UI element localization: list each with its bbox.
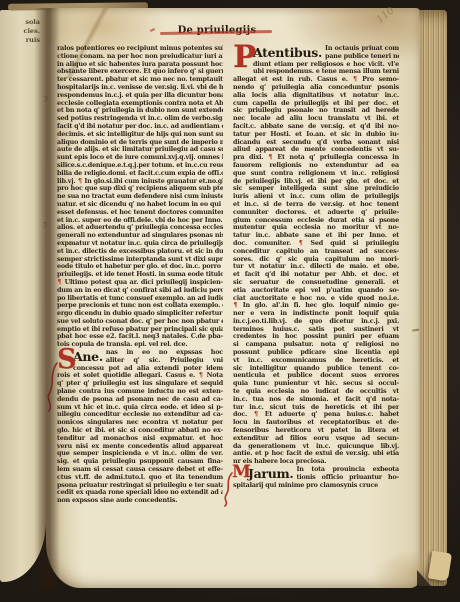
- text-line: ubi respondemus. e tene mensa illum tern…: [233, 68, 399, 76]
- text-line: de priuilegijs lib.vj. et ibi per glo. e…: [233, 178, 399, 186]
- text-line: priuilegijs. et ide tenet Hosti. in suma…: [57, 271, 223, 279]
- pilcrow-rubric: ¶: [352, 76, 357, 83]
- text-line: sue vel soluto csonat doc. q' per hoc no…: [57, 318, 223, 326]
- text-line: decimis. et sic intelligitur de hijs qui…: [57, 131, 223, 139]
- incipit-side-lines: nas in eo no expssas hocaliter q' sic. P…: [106, 349, 223, 365]
- margin-mark: ʒ: [43, 220, 47, 228]
- facing-page-sliver: sola cies. ruis: [0, 10, 46, 582]
- text-line: cedit ex quada rone speciali ideo no ext…: [57, 489, 223, 497]
- text-line: sed potius restringenda vt in.c. olim de…: [57, 115, 223, 123]
- text-line: tatur per Hosti. et Io.an. et sic in dub…: [233, 131, 399, 139]
- paragraph-head: Atentibus.In octauis priuat compane publ…: [233, 45, 399, 61]
- text-line: locu in fautoribus et receptatoribus et …: [233, 419, 399, 427]
- incipit-word: Ane.: [73, 349, 103, 365]
- text-line: po libertatis et tunc consuef exemplo. a…: [57, 295, 223, 303]
- text-line: alia locis alia dignitatibus vt notatur …: [233, 92, 399, 100]
- text-line: aliquo dominio et de terris que sunt de …: [57, 139, 223, 147]
- text-line: ¶ In glo. al'.in fi. hec glo. loquif nim…: [233, 302, 399, 310]
- text-line: ¶ Ultimo potest qua ar. dici priuilegij …: [57, 279, 223, 287]
- text-line: rois et solet quotidie allegari. Casus e…: [57, 372, 223, 380]
- pilcrow-rubric: ¶: [57, 279, 62, 286]
- text-line: ctione conam. na per hoc non preiudicatu…: [57, 53, 223, 61]
- text-line: pro hoc que sup dixi q' recipiens alique…: [57, 185, 223, 193]
- text-line: aute de alijs. et sic limitatur priuileg…: [57, 146, 223, 154]
- text-line: nonicos singulares nec econtra vt notatu…: [57, 419, 223, 427]
- text-line: nas in eo no expssas hoc: [106, 349, 223, 357]
- text-line: silice.s.c.denique.e.t.q.j.per totum. et…: [57, 162, 223, 170]
- pilcrow-rubric: ¶: [253, 411, 258, 418]
- incipit-word: Jarum.: [248, 466, 293, 482]
- text-line: cum capella de priuilegijs et ibi per do…: [233, 100, 399, 108]
- text-line: doc. ¶ Et aduerte q' pena huius.c. habet: [233, 411, 399, 419]
- text-line: alios. et aduertendu q' priuilegia conce…: [57, 224, 223, 232]
- text-line: tois copula de transla. epi. vel rel. dc…: [57, 341, 223, 349]
- text-line: tur vt notatur in.c. dilecti de maio. et…: [233, 263, 399, 271]
- text-line: ner e vera in indistincte ponit loquif q…: [233, 310, 399, 318]
- text-line: allegat et est in rub. Casus e. ¶ Pro se…: [233, 76, 399, 84]
- text-line: sic seruatur de consuetudine generali. e…: [233, 279, 399, 287]
- text-line: et bn nota q' priuilegia in dubio non su…: [57, 107, 223, 115]
- text-line: perpe precionis et tunc non est collata …: [57, 302, 223, 310]
- text-line: sig. et quia priuilegiu psupponit causam…: [57, 458, 223, 466]
- rubricated-initial-m: M: [232, 465, 251, 479]
- text-line: tur in.c. sicut tuis de hereticis et ibi…: [233, 404, 399, 412]
- pilcrow-rubric: ¶: [198, 372, 203, 379]
- rubric-tick: [150, 28, 155, 32]
- text-line: psona priuatur restringat si priuilegiu …: [57, 482, 223, 490]
- text-line: uatur. et sic dicendu q' no habet locum …: [57, 201, 223, 209]
- text-line: veru nisi ex mente concedentis aliud app…: [57, 443, 223, 451]
- rubricated-initial-s: S: [57, 348, 77, 371]
- text-line: doc. comuniter. ¶ Sed quid si priuilegiu: [233, 240, 399, 248]
- text-line: dendu de psona ad psonam nec de casu ad …: [57, 396, 223, 404]
- paragraph: SAne.nas in eo no expssas hocaliter q' s…: [57, 349, 223, 505]
- text-line: tenditur ad monachos nisi expmatur. et h…: [57, 435, 223, 443]
- text-line: nendo q' priuilegia alia conceduntur pso…: [233, 84, 399, 92]
- text-line: vt in.c. excomunicamus de hereticis. et: [233, 357, 399, 365]
- pilcrow-rubric: ¶: [233, 302, 238, 309]
- text-line: In octauis priuat com: [325, 45, 399, 53]
- pilcrow-rubric: ¶: [298, 240, 303, 247]
- text-column-right: PAtentibus.In octauis priuat compane pub…: [233, 45, 399, 489]
- text-line: uenticula et publice docent suos errores: [233, 372, 399, 380]
- text-line: credentes in hoc possint puniri per efua…: [233, 333, 399, 341]
- incipit-side-lines: In tota prouincia exbeotationis officio …: [296, 466, 399, 482]
- text-line: bilia de religio.domi. et facit.c.cum ex…: [57, 170, 223, 178]
- text-line: mutentur quia ecclesia no moritur vt no-: [233, 224, 399, 232]
- text-line: que sunt contra religionem vt in.c. reli…: [233, 170, 399, 178]
- text-line: respondemus in.c.j. et quia per illa dic…: [57, 92, 223, 100]
- text-line: que semper inspicienda e vt in.c. olim d…: [57, 450, 223, 458]
- text-line: ecclesie collegiata exemptionis contra n…: [57, 100, 223, 108]
- text-column-left: ralos potentiores eo recipiunt minus pot…: [57, 45, 223, 505]
- text-line: facit.c. abbate sane de ver.sig. et q'd …: [233, 123, 399, 131]
- text-line: sores. dic q' sic quia capitulum no mori…: [233, 256, 399, 264]
- text-line: ctus vt.ff. de admi.tuto.l. quo et ita t…: [57, 474, 223, 482]
- text-line: in.c.j.eo.ti.lib.vj. de quo dicetur in.c…: [233, 318, 399, 326]
- text-line: da generationem vt in.c. quicunque lib.v…: [233, 443, 399, 451]
- text-line: ter cessarent. pbatur et sic mo nec no. …: [57, 76, 223, 84]
- text-line: non expssos sine aude concedentis.: [57, 497, 223, 505]
- text-line: semper strictissime interptanda sunt vt …: [57, 256, 223, 264]
- page: De priuilegijs 110 ralos potentiores eo …: [46, 8, 420, 588]
- book-scan: sola cies. ruis De priuilegijs 110 ralos…: [0, 0, 460, 602]
- text-line: diunt etiam per religiosos e hoc vicit. …: [233, 61, 399, 69]
- rubricated-initial-p: P: [233, 44, 256, 70]
- running-header: De priuilegijs: [154, 25, 280, 36]
- text-line: fauorem religionis no extenduntur ad ea: [233, 162, 399, 170]
- text-line: terminos huius.c. satis pot sustineri vt: [233, 326, 399, 334]
- text-line: spitalarij qui minime pro clamosynis cru…: [233, 482, 399, 490]
- text-line: antie. et p hoc facit de extui de ver.si…: [233, 450, 399, 458]
- text-line: in aliquo et sic habentes iura parata po…: [57, 61, 223, 69]
- text-line: sum vt hic et in.c. quia circa eode. et …: [57, 404, 223, 412]
- text-line: concessu pot ad alia extendi poter idem: [57, 365, 223, 373]
- text-line: lem suam si cessat causa cessare debet e…: [57, 466, 223, 474]
- text-line: aliud appareat de mente concedentis vt s…: [233, 146, 399, 154]
- text-line: sic semper intelligeda sunt sine preiudi…: [233, 185, 399, 193]
- text-line: eode titulo et habetur per glo. et doc. …: [57, 263, 223, 271]
- text-line: obstante libere exercere. Et quo infero …: [57, 68, 223, 76]
- incipit-word: Atentibus.: [253, 45, 322, 61]
- text-line: fensoribus hereticoru vt patet in litera…: [233, 427, 399, 435]
- text-line: tionis officio priuantur ho-: [296, 474, 399, 482]
- fore-edge: [419, 10, 447, 586]
- text-line: uilegiu conceditur ecclesie no extenditu…: [57, 411, 223, 419]
- text-line: et in.c. dilectis de excessibus platoru.…: [57, 248, 223, 256]
- text-line: extenditur ad filios eoru vsque ad secun…: [233, 435, 399, 443]
- paragraph-head: Jarum.In tota prouincia exbeotationis of…: [233, 466, 399, 482]
- paragraph: PAtentibus.In octauis priuat compane pub…: [233, 45, 399, 466]
- text-line: emptio et ibi refuso pbatur per principa…: [57, 326, 223, 334]
- text-line: expmatur vt notatur in.c. quia circa de …: [57, 240, 223, 248]
- text-line: sic intelligitur quando publice tenent c…: [233, 365, 399, 373]
- text-line: ergo dicendu in dubio quado simpliciter …: [57, 310, 223, 318]
- text-line: possunt publice pdicare sine licentia ep…: [233, 349, 399, 357]
- text-line: te quia ecclesia no iudicat de occultis …: [233, 388, 399, 396]
- text-line: pra dixi. ¶ Et nota q' priuilegia conces…: [233, 154, 399, 162]
- text-line: conceditur capitulo an transeat ad succe…: [233, 248, 399, 256]
- text-line: et in.c. super eo de offi.dele. vbi de h…: [57, 217, 223, 225]
- text-line: etia auctoritate epi vel p'uatim quando …: [233, 287, 399, 295]
- margin-mark: ʒ: [44, 94, 48, 102]
- paragraph-head: Ane.nas in eo no expssas hocaliter q' si…: [57, 349, 223, 365]
- text-line: sic priuilegiu psonale no transit ad her…: [233, 107, 399, 115]
- text-line: In tota prouincia exbeota: [296, 466, 399, 474]
- text-line: tatur in.c. abbate sane et ibi per Inno.…: [233, 232, 399, 240]
- text-line: pane publice teneri no: [325, 53, 399, 61]
- paragraph: MJarum.In tota prouincia exbeotationis o…: [233, 466, 399, 489]
- pilcrow-rubric: ¶: [77, 178, 82, 185]
- facing-text-fragment: cies.: [24, 27, 41, 35]
- text-line: glo. hic et ibi. et sic si conceditur ab…: [57, 427, 223, 435]
- text-line: ciat auctoritate e hoc no. e vide quod n…: [233, 295, 399, 303]
- text-line: gium concessum ecclesie durat etia si ps…: [233, 217, 399, 225]
- text-line: lib.vj. ¶ In glo.si.ibi cum iniuste grau…: [57, 178, 223, 186]
- text-line: dicandu est secundu q'd verba sonant nis…: [233, 139, 399, 147]
- text-line: dum an in eo dicat q' confirat sibi ad i…: [57, 287, 223, 295]
- facing-text-fragment: ruis: [26, 36, 40, 44]
- text-line: ne sua no tractat eum defendere nisi cum…: [57, 193, 223, 201]
- text-line: ralos potentiores eo recipiunt minus pot…: [57, 45, 223, 53]
- text-line: plane contra ius comune inductu no est e…: [57, 388, 223, 396]
- text-line: facit q'd ibi notatur per doc. in.c. ad …: [57, 123, 223, 131]
- text-line: et in.c. si de terra de ver.sig. et hoc …: [233, 201, 399, 209]
- facing-text-fragment: sola: [25, 18, 40, 26]
- incipit-side-lines: In octauis priuat compane publice teneri…: [325, 45, 399, 61]
- text-line: pbat hoc esse e2. facit.l. neq3 natales.…: [57, 333, 223, 341]
- text-line: aliter q' sic. Priuilegiu vni: [106, 357, 223, 365]
- text-line: q' pter q' priuilegiu est ius singulare …: [57, 380, 223, 388]
- folio-number: 110: [375, 5, 397, 25]
- text-line: esset defensus. et hoc tenent doctores c…: [57, 209, 223, 217]
- fore-edge-chip: [428, 551, 452, 582]
- text-line: et facit q'd ibi notatur per Abb. et doc…: [233, 271, 399, 279]
- text-line: comuniter doctores. et aduerte q' priuil…: [233, 209, 399, 217]
- text-line: hospitalarijs in.c. venisse de ver.sig. …: [57, 84, 223, 92]
- text-line: generali no extenduntur ad singulares ps…: [57, 232, 223, 240]
- text-line: iuris alieni vt in.c. cum olim de priuil…: [233, 193, 399, 201]
- text-line: nec locale ad aliu locu translatu vt ibi…: [233, 115, 399, 123]
- pilcrow-rubric: ¶: [268, 154, 273, 161]
- text-line: sunt epis loco et de iure comuni.xvj.q.v…: [57, 154, 223, 162]
- text-line: in.c. tua nos de simonia. et facit q'd n…: [233, 396, 399, 404]
- text-line: nr eis habere loca preciosa.: [233, 458, 399, 466]
- text-line: si campana pulsatur. nota q' religiosi n…: [233, 341, 399, 349]
- text-line: quia tunc punientur vt hic. secus si occ…: [233, 380, 399, 388]
